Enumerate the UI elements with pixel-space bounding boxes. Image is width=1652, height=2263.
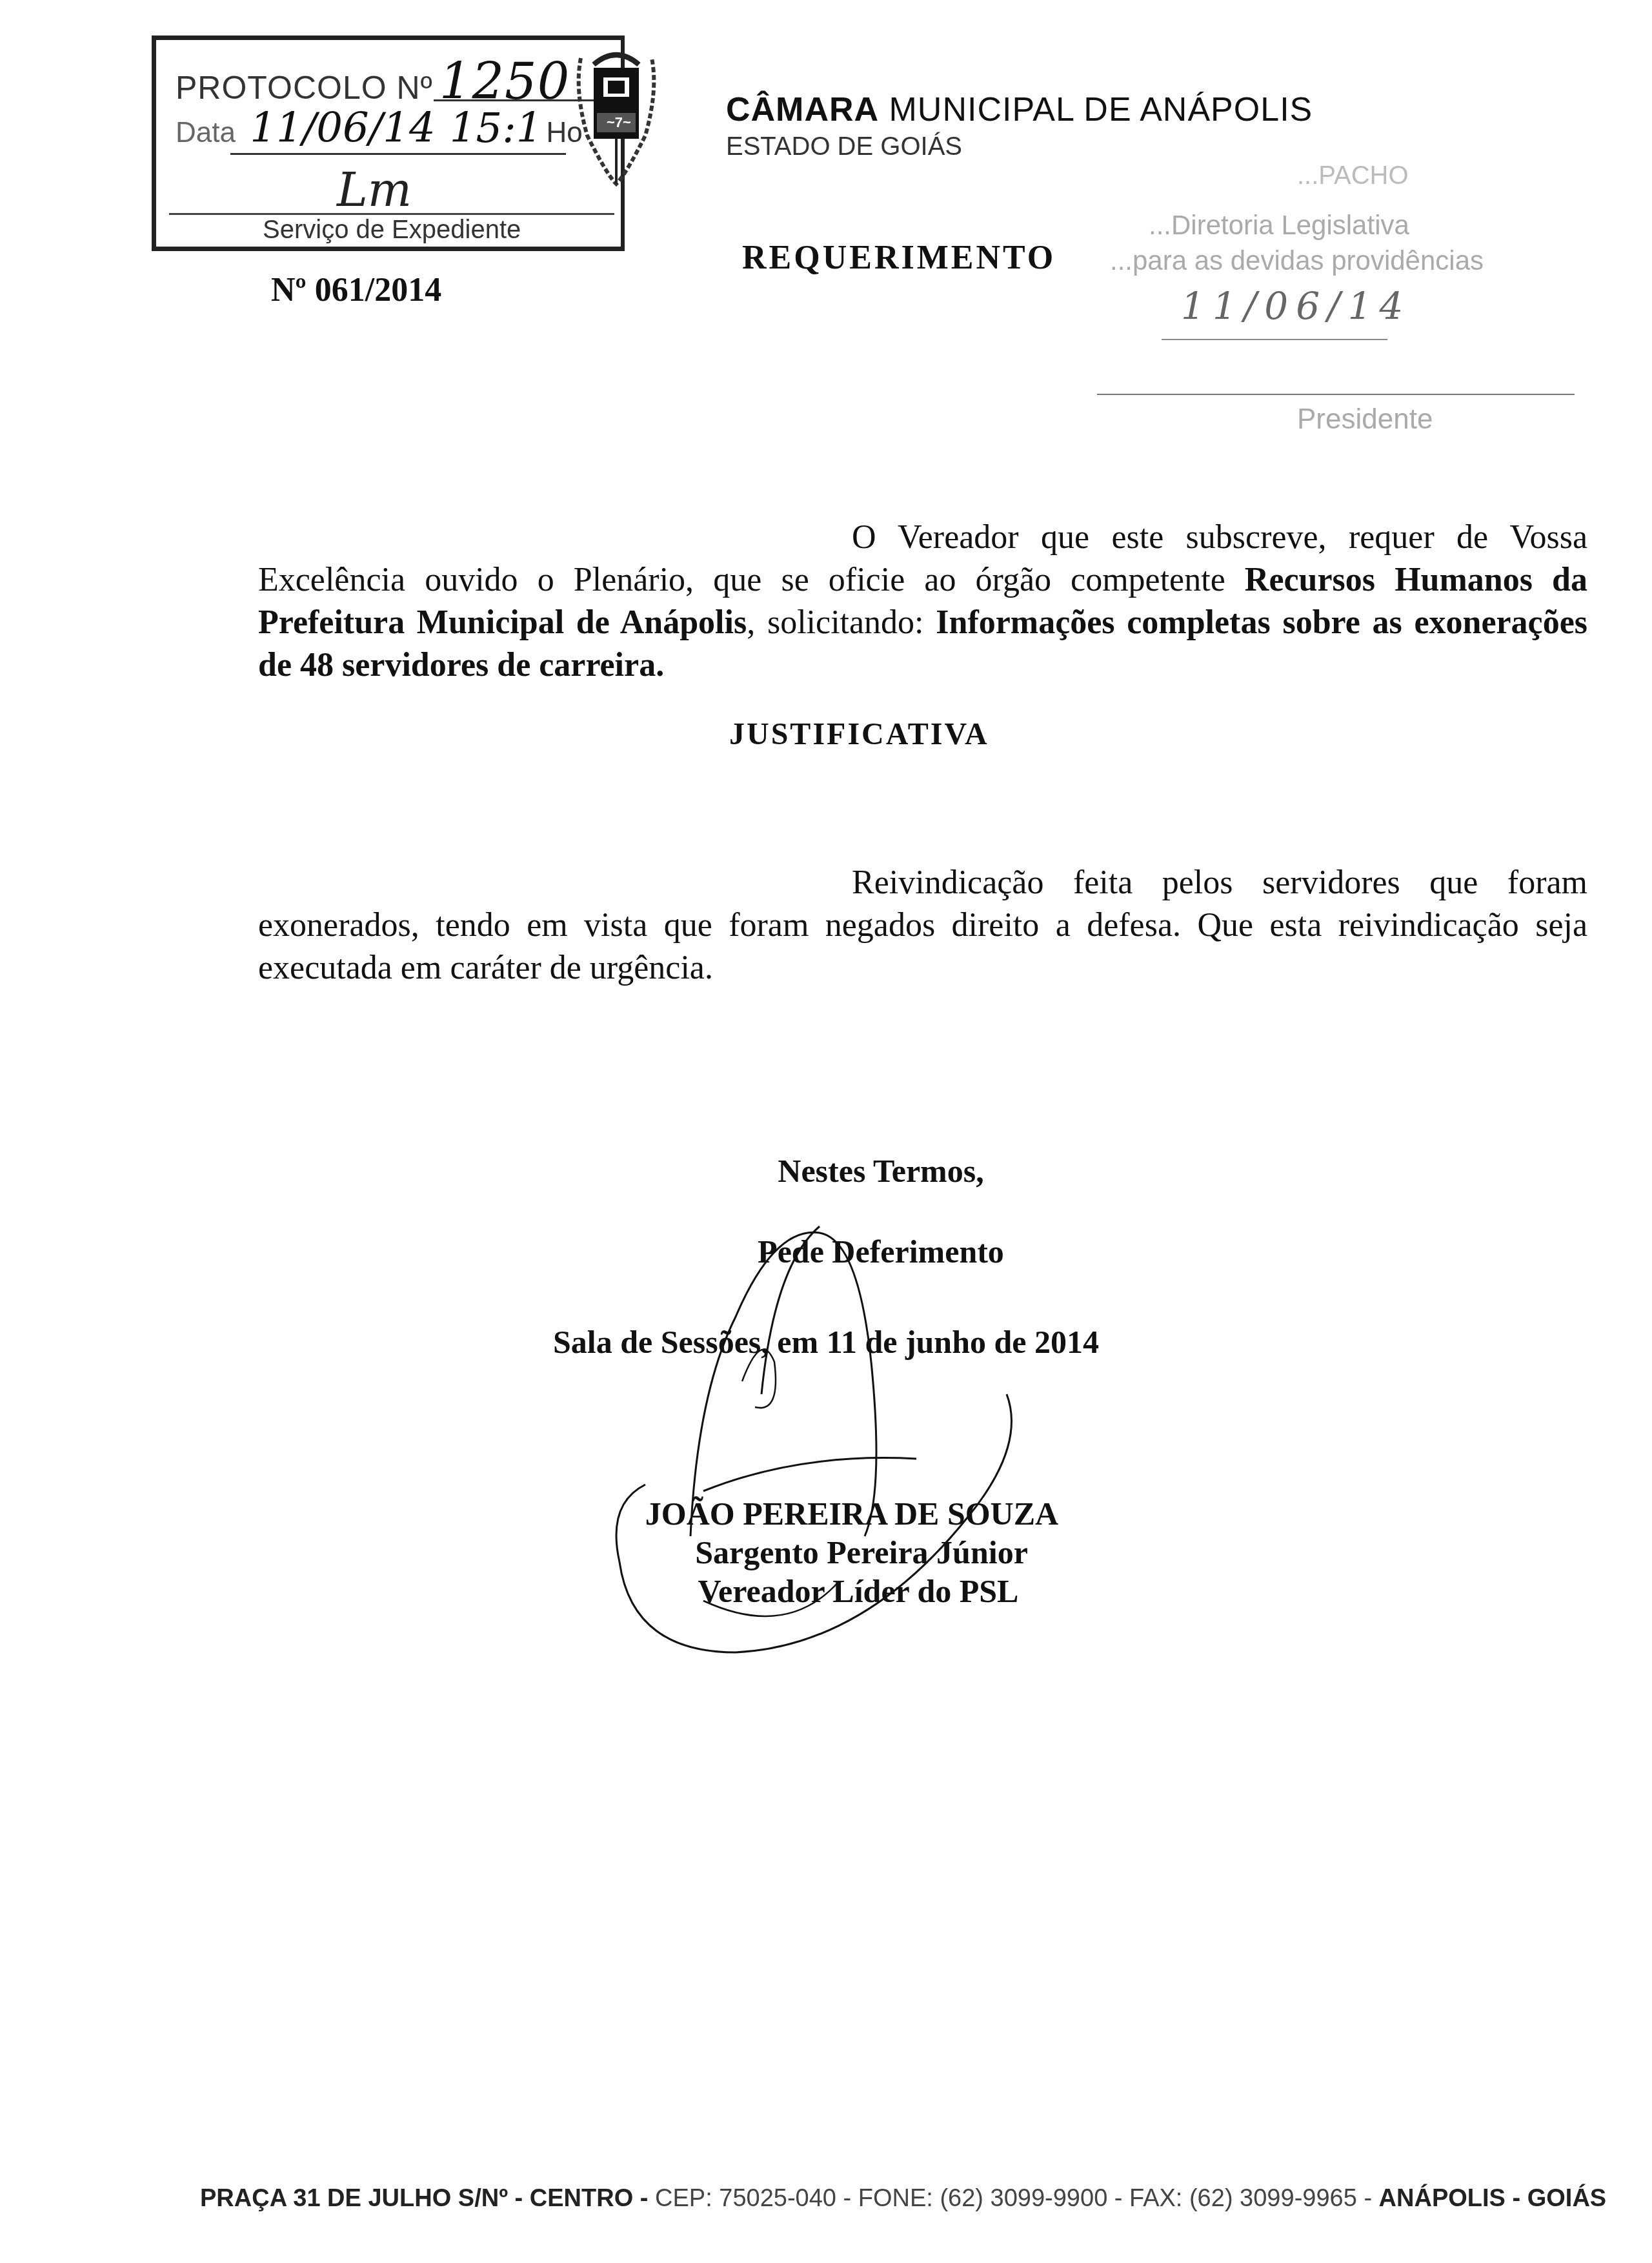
signer-nickname: Sargento Pereira Júnior <box>35 1533 1652 1572</box>
signer-role: Vereador Líder do PSL <box>32 1572 1652 1610</box>
protocol-row: PROTOCOLO Nº1250 <box>176 53 570 111</box>
time-value: 15:1 <box>450 105 543 152</box>
president-label: Presidente <box>1297 403 1433 436</box>
signature-line <box>1097 394 1575 395</box>
dispatch-date: 11/06/14 <box>1181 284 1411 328</box>
closing-line: Nestes Termos, <box>55 1152 1652 1190</box>
municipal-crest-icon: ~7~ <box>568 39 665 187</box>
dispatch-heading: ...PACHO <box>1297 161 1409 190</box>
stamp-signature: Lm <box>337 163 412 217</box>
date-value: 11/06/14 <box>250 105 435 152</box>
divider <box>1162 339 1387 340</box>
protocol-stamp: PROTOCOLO Nº1250 Data 11/06/14 15:1Ho Lm… <box>152 36 625 251</box>
footer-contact: CEP: 75025-040 - FONE: (62) 3099-9900 - … <box>655 2185 1379 2212</box>
org-name-bold: CÂMARA <box>726 91 879 128</box>
document-number: Nº 061/2014 <box>271 271 441 309</box>
organization-state: ESTADO DE GOIÁS <box>726 132 962 161</box>
organization-name: CÂMARA MUNICIPAL DE ANÁPOLIS <box>726 90 1313 129</box>
justification-paragraph: Reivindicação feita pelos servidores que… <box>258 862 1587 989</box>
request-paragraph: O Vereador que este subscreve, requer de… <box>258 516 1587 687</box>
protocol-number: 1250 <box>439 53 570 111</box>
footer-city: ANÁPOLIS - GOIÁS <box>1379 2185 1607 2212</box>
protocol-label: PROTOCOLO Nº <box>176 70 433 106</box>
dispatch-line: ...para as devidas providências <box>1110 245 1484 276</box>
date-label: Data <box>176 117 236 148</box>
closing-line: Pede Deferimento <box>55 1233 1652 1270</box>
footer-address: PRAÇA 31 DE JULHO S/Nº - CENTRO - CEP: 7… <box>200 2185 1606 2213</box>
svg-text:~7~: ~7~ <box>607 114 631 130</box>
protocol-date-row: Data 11/06/14 15:1Ho <box>176 105 583 152</box>
footer-street: PRAÇA 31 DE JULHO S/Nº - CENTRO - <box>200 2185 655 2212</box>
org-name-rest: MUNICIPAL DE ANÁPOLIS <box>889 91 1313 128</box>
session-date: Sala de Sessões, em 11 de junho de 2014 <box>0 1323 1652 1361</box>
dispatch-line: ...Diretoria Legislativa <box>1149 210 1409 241</box>
document-title: REQUERIMENTO <box>742 239 1056 277</box>
justification-title: JUSTIFICATIVA <box>729 716 989 752</box>
divider <box>230 153 566 155</box>
justification-text: Reivindicação feita pelos servidores que… <box>258 864 1587 986</box>
signer-name: JOÃO PEREIRA DE SOUZA <box>26 1494 1652 1533</box>
divider <box>169 213 614 215</box>
department-label: Serviço de Expediente <box>263 216 521 245</box>
request-mid: , solicitando: <box>747 604 936 641</box>
